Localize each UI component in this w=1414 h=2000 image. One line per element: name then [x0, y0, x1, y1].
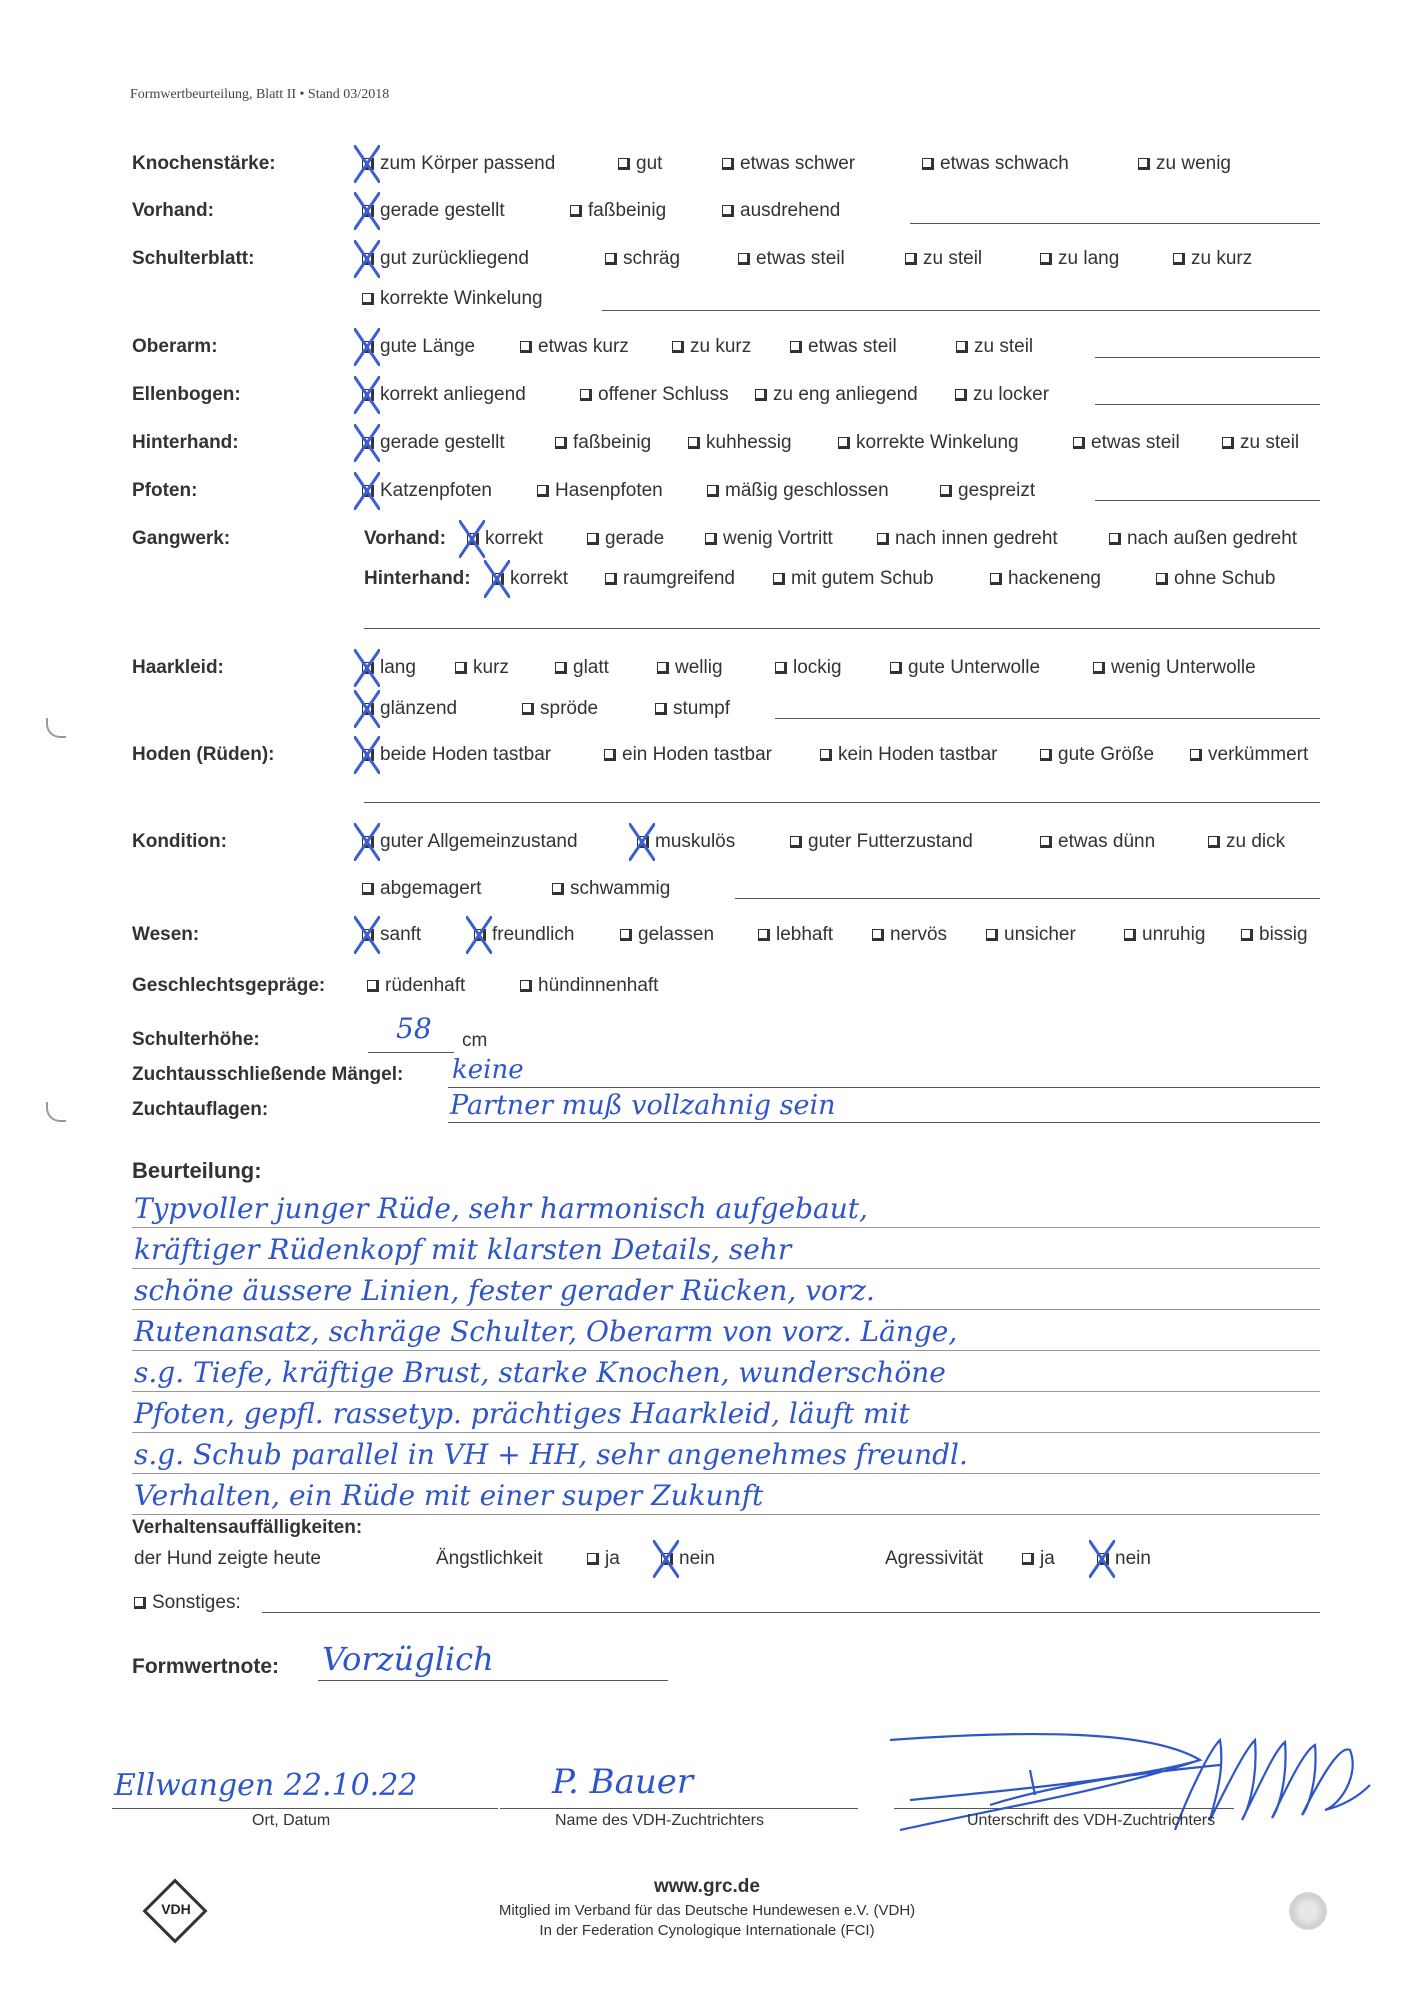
beurteilung-ruled-line — [132, 1473, 1320, 1474]
checkbox-icon — [570, 205, 582, 217]
checkbox-checked-icon — [362, 253, 374, 265]
checkbox-icon — [758, 929, 770, 941]
vorhand-option-1[interactable]: faßbeinig — [570, 200, 666, 222]
checkbox-checked-icon — [1097, 1553, 1109, 1565]
knochen-option-1[interactable]: gut — [618, 153, 662, 175]
option-label: unsicher — [1004, 924, 1076, 946]
aggr-label: Agressivität — [885, 1548, 983, 1570]
name-label: Name des VDH-Zuchtrichters — [555, 1812, 764, 1830]
formwertnote-line — [318, 1680, 668, 1681]
option-label: ausdrehend — [740, 200, 840, 222]
hinterhand-label: Hinterhand: — [132, 432, 239, 454]
angst-label: Ängstlichkeit — [436, 1548, 543, 1570]
checkbox-checked-icon — [492, 573, 504, 585]
ort-datum-line — [112, 1808, 498, 1809]
punch-hole-mark — [46, 1102, 66, 1122]
checkbox-icon — [990, 573, 1002, 585]
hoden-option-2[interactable]: kein Hoden tastbar — [820, 744, 998, 766]
option-label: hündinnenhaft — [538, 975, 658, 997]
checkbox-checked-icon — [362, 836, 374, 848]
option-label: wenig Vortritt — [723, 528, 833, 550]
pfoten-option-3[interactable]: gespreizt — [940, 480, 1035, 502]
checkbox-checked-icon — [474, 929, 486, 941]
maengel-value[interactable]: keine — [452, 1055, 524, 1085]
checkbox-icon — [905, 253, 917, 265]
checkbox-icon — [1208, 836, 1220, 848]
kondition-option-3[interactable]: etwas dünn — [1040, 831, 1155, 853]
schulterblatt-option-4[interactable]: zu lang — [1040, 248, 1119, 270]
checkbox-icon — [1040, 253, 1052, 265]
checkbox-icon — [705, 533, 717, 545]
beurteilung-line: s.g. Schub parallel in VH + HH, sehr ang… — [134, 1438, 968, 1471]
option-label: kurz — [473, 657, 509, 679]
gangwerk-hinterhand-option-3[interactable]: hackeneng — [990, 568, 1101, 590]
checkbox-icon — [940, 485, 952, 497]
kondition-option-0[interactable]: guter Allgemeinzustand — [362, 831, 578, 853]
checkbox-checked-icon — [362, 341, 374, 353]
pfoten-label: Pfoten: — [132, 480, 197, 502]
ellenbogen-option-2[interactable]: zu eng anliegend — [755, 384, 918, 406]
option-label: zu wenig — [1156, 153, 1231, 175]
beurteilung-ruled-line — [132, 1227, 1320, 1228]
option-label: korrekte Winkelung — [856, 432, 1019, 454]
checkbox-icon — [790, 341, 802, 353]
gangwerk-hinterhand-option-0[interactable]: korrekt — [492, 568, 568, 590]
checkbox-checked-icon — [362, 929, 374, 941]
gangwerk-vorhand-option-0[interactable]: korrekt — [467, 528, 543, 550]
geschlecht-option-1[interactable]: hündinnenhaft — [520, 975, 658, 997]
option-label: glatt — [573, 657, 609, 679]
ellenbogen-option-3[interactable]: zu locker — [955, 384, 1049, 406]
checkbox-icon — [605, 573, 617, 585]
blank-line — [1095, 500, 1320, 501]
ellenbogen-option-0[interactable]: korrekt anliegend — [362, 384, 526, 406]
haarkleid-option-6[interactable]: wenig Unterwolle — [1093, 657, 1256, 679]
option-label: offener Schluss — [598, 384, 729, 406]
hoden-option-1[interactable]: ein Hoden tastbar — [604, 744, 772, 766]
checkbox-icon — [1138, 158, 1150, 170]
pfoten-option-2[interactable]: mäßig geschlossen — [707, 480, 889, 502]
auflagen-label: Zuchtauflagen: — [132, 1099, 268, 1121]
checkbox-icon — [773, 573, 785, 585]
footer-line-1: Mitglied im Verband für das Deutsche Hun… — [0, 1902, 1414, 1919]
gangwerk-hinterhand-label: Hinterhand: — [364, 568, 471, 590]
option-label: guter Allgemeinzustand — [380, 831, 578, 853]
formwertnote-label: Formwertnote: — [132, 1655, 279, 1679]
option-label: zu eng anliegend — [773, 384, 918, 406]
signature-scribble[interactable] — [870, 1720, 1390, 1850]
checkbox-icon — [555, 662, 567, 674]
hinterhand-option-5[interactable]: zu steil — [1222, 432, 1299, 454]
option-label: kein Hoden tastbar — [838, 744, 998, 766]
hinterhand-option-1[interactable]: faßbeinig — [555, 432, 651, 454]
option-label: etwas steil — [1091, 432, 1180, 454]
beurteilung-ruled-line — [132, 1391, 1320, 1392]
checkbox-icon — [580, 389, 592, 401]
option-label: korrekt — [485, 528, 543, 550]
haarkleid-option-3[interactable]: wellig — [657, 657, 723, 679]
oberarm-option-4[interactable]: zu steil — [956, 336, 1033, 358]
blank-line — [1095, 404, 1320, 405]
haarkleid-option-1[interactable]: kurz — [455, 657, 509, 679]
vorhand-option-0[interactable]: gerade gestellt — [362, 200, 505, 222]
option-label: etwas kurz — [538, 336, 629, 358]
kondition-label: Kondition: — [132, 831, 227, 853]
checkbox-icon — [1022, 1553, 1034, 1565]
checkbox-icon — [672, 341, 684, 353]
option-label: mäßig geschlossen — [725, 480, 889, 502]
knochen-option-4[interactable]: zu wenig — [1138, 153, 1231, 175]
option-label: zu locker — [973, 384, 1049, 406]
wesen-option-4[interactable]: nervös — [872, 924, 947, 946]
beurteilung-line: s.g. Tiefe, kräftige Brust, starke Knoch… — [134, 1356, 946, 1389]
ellenbogen-label: Ellenbogen: — [132, 384, 241, 406]
pfoten-option-1[interactable]: Hasenpfoten — [537, 480, 663, 502]
checkbox-icon — [520, 341, 532, 353]
haarkleid-option-4[interactable]: lockig — [775, 657, 842, 679]
haarkleid-label: Haarkleid: — [132, 657, 224, 679]
checkbox-checked-icon — [362, 205, 374, 217]
option-label: faßbeinig — [573, 432, 651, 454]
option-label: nach außen gedreht — [1127, 528, 1297, 550]
oberarm-option-0[interactable]: gute Länge — [362, 336, 475, 358]
option-label: rüdenhaft — [385, 975, 465, 997]
checkbox-icon — [688, 437, 700, 449]
checkbox-icon — [618, 158, 630, 170]
option-label: nach innen gedreht — [895, 528, 1058, 550]
kondition2-option-1[interactable]: schwammig — [552, 878, 670, 900]
checkbox-icon — [134, 1597, 146, 1609]
option-label: ohne Schub — [1174, 568, 1275, 590]
option-label: hackeneng — [1008, 568, 1101, 590]
checkbox-icon — [367, 980, 379, 992]
haarkleid-option-2[interactable]: glatt — [555, 657, 609, 679]
gangwerk-label: Gangwerk: — [132, 528, 230, 550]
checkbox-icon — [1190, 749, 1202, 761]
schulterblatt-option-1[interactable]: schräg — [605, 248, 680, 270]
beurteilung-ruled-line — [132, 1514, 1320, 1515]
checkbox-icon — [1156, 573, 1168, 585]
angst-nein-checkbox[interactable]: nein — [661, 1548, 715, 1570]
pfoten-option-0[interactable]: Katzenpfoten — [362, 480, 492, 502]
formwertnote-value[interactable]: Vorzüglich — [322, 1640, 494, 1678]
schulterhoehe-label: Schulterhöhe: — [132, 1029, 260, 1051]
kondition-option-4[interactable]: zu dick — [1208, 831, 1285, 853]
blank-line — [364, 802, 1320, 803]
oberarm-option-3[interactable]: etwas steil — [790, 336, 897, 358]
checkbox-icon — [605, 253, 617, 265]
checkbox-checked-icon — [362, 485, 374, 497]
auflagen-line — [448, 1122, 1320, 1123]
beurteilung-line: Pfoten, gepfl. rassetyp. prächtiges Haar… — [134, 1397, 910, 1430]
checkbox-icon — [775, 662, 787, 674]
vorhand-option-2[interactable]: ausdrehend — [722, 200, 840, 222]
option-label: gut zurückliegend — [380, 248, 529, 270]
hoden-option-3[interactable]: gute Größe — [1040, 744, 1154, 766]
checkbox-checked-icon — [362, 389, 374, 401]
gangwerk-vorhand-option-4[interactable]: nach außen gedreht — [1109, 528, 1297, 550]
option-label: ein Hoden tastbar — [622, 744, 772, 766]
option-label: unruhig — [1142, 924, 1205, 946]
hinterhand-option-2[interactable]: kuhhessig — [688, 432, 792, 454]
checkbox-icon — [755, 389, 767, 401]
option-label: mit gutem Schub — [791, 568, 934, 590]
signature-label: Unterschrift des VDH-Zuchtrichters — [967, 1812, 1215, 1830]
name-line — [500, 1808, 858, 1809]
oberarm-option-1[interactable]: etwas kurz — [520, 336, 629, 358]
hoden-option-0[interactable]: beide Hoden tastbar — [362, 744, 551, 766]
option-label: Katzenpfoten — [380, 480, 492, 502]
wesen-label: Wesen: — [132, 924, 199, 946]
option-label: abgemagert — [380, 878, 481, 900]
beurteilung-line: kräftiger Rüdenkopf mit klarsten Details… — [134, 1233, 791, 1266]
checkbox-checked-icon — [362, 158, 374, 170]
checkbox-icon — [707, 485, 719, 497]
wesen-option-1[interactable]: freundlich — [474, 924, 574, 946]
checkbox-icon — [722, 158, 734, 170]
knochen-label: Knochenstärke: — [132, 153, 276, 175]
checkbox-icon — [722, 205, 734, 217]
option-label: muskulös — [655, 831, 735, 853]
checkbox-checked-icon — [362, 437, 374, 449]
option-label: lebhaft — [776, 924, 833, 946]
schulterhoehe-value[interactable]: 58 — [396, 1012, 432, 1045]
form-header: Formwertbeurteilung, Blatt II • Stand 03… — [130, 87, 389, 103]
checkbox-icon — [362, 293, 374, 305]
vorhand-label: Vorhand: — [132, 200, 214, 222]
oberarm-option-2[interactable]: zu kurz — [672, 336, 751, 358]
checkbox-icon — [455, 662, 467, 674]
aggr-ja-checkbox[interactable]: ja — [1022, 1548, 1055, 1570]
kondition-option-1[interactable]: muskulös — [637, 831, 735, 853]
checkbox-icon — [587, 1553, 599, 1565]
angst-ja-checkbox[interactable]: ja — [587, 1548, 620, 1570]
option-label: etwas schwer — [740, 153, 855, 175]
checkbox-icon — [362, 883, 374, 895]
option-label: zu lang — [1058, 248, 1119, 270]
checkbox-icon — [820, 749, 832, 761]
schulterblatt-option-3[interactable]: zu steil — [905, 248, 982, 270]
seal-stamp-icon — [1289, 1892, 1327, 1930]
wesen-option-0[interactable]: sanft — [362, 924, 421, 946]
option-label: glänzend — [380, 698, 457, 720]
haarkleid2-option-2[interactable]: stumpf — [655, 698, 730, 720]
checkbox-icon — [1173, 253, 1185, 265]
option-label: zu steil — [974, 336, 1033, 358]
footer-line-2: In der Federation Cynologique Internatio… — [0, 1922, 1414, 1939]
option-label: schräg — [623, 248, 680, 270]
checkbox-icon — [838, 437, 850, 449]
blank-line — [910, 223, 1320, 224]
ort-datum-label: Ort, Datum — [252, 1812, 330, 1830]
wesen-option-5[interactable]: unsicher — [986, 924, 1076, 946]
wesen-option-6[interactable]: unruhig — [1124, 924, 1205, 946]
checkbox-icon — [890, 662, 902, 674]
knochen-option-0[interactable]: zum Körper passend — [362, 153, 555, 175]
name-value[interactable]: P. Bauer — [552, 1762, 693, 1802]
checkbox-icon — [872, 929, 884, 941]
option-label: nervös — [890, 924, 947, 946]
checkbox-icon — [738, 253, 750, 265]
haarkleid2-option-0[interactable]: glänzend — [362, 698, 457, 720]
option-label: korrekt anliegend — [380, 384, 526, 406]
checkbox-icon — [922, 158, 934, 170]
kondition-option-2[interactable]: guter Futterzustand — [790, 831, 973, 853]
option-label: Hasenpfoten — [555, 480, 663, 502]
checkbox-icon — [520, 980, 532, 992]
ellenbogen-option-1[interactable]: offener Schluss — [580, 384, 729, 406]
checkbox-icon — [1124, 929, 1136, 941]
option-label: zu dick — [1226, 831, 1285, 853]
option-label: sanft — [380, 924, 421, 946]
option-label: etwas steil — [808, 336, 897, 358]
gangwerk-vorhand-option-1[interactable]: gerade — [587, 528, 664, 550]
option-label: gerade gestellt — [380, 200, 505, 222]
option-label: zu kurz — [1191, 248, 1252, 270]
option-label: bissig — [1259, 924, 1308, 946]
checkbox-icon — [587, 533, 599, 545]
blank-line — [1095, 357, 1320, 358]
checkbox-icon — [986, 929, 998, 941]
gangwerk-vorhand-option-2[interactable]: wenig Vortritt — [705, 528, 833, 550]
option-label: etwas steil — [756, 248, 845, 270]
option-label: lang — [380, 657, 416, 679]
option-label: kuhhessig — [706, 432, 792, 454]
schulterblatt-option-2[interactable]: etwas steil — [738, 248, 845, 270]
checkbox-checked-icon — [362, 703, 374, 715]
checkbox-checked-icon — [362, 662, 374, 674]
option-label: gerade gestellt — [380, 432, 505, 454]
option-label: gute Unterwolle — [908, 657, 1040, 679]
checkbox-icon — [657, 662, 669, 674]
kondition2-option-0[interactable]: abgemagert — [362, 878, 481, 900]
option-label: faßbeinig — [588, 200, 666, 222]
beurteilung-line: Rutenansatz, schräge Schulter, Oberarm v… — [134, 1315, 957, 1348]
beurteilung-line: Typvoller junger Rüde, sehr harmonisch a… — [134, 1192, 868, 1225]
oberarm-label: Oberarm: — [132, 336, 218, 358]
hinterhand-option-4[interactable]: etwas steil — [1073, 432, 1180, 454]
blank-line — [602, 310, 1320, 311]
beurteilung-ruled-line — [132, 1268, 1320, 1269]
haarkleid2-option-1[interactable]: spröde — [522, 698, 598, 720]
geschlecht-label: Geschlechtsgepräge: — [132, 975, 325, 997]
schulterblatt-label: Schulterblatt: — [132, 248, 254, 270]
footer-url[interactable]: www.grc.de — [0, 1876, 1414, 1898]
verhalten-label: Verhaltensauffälligkeiten: — [132, 1517, 362, 1539]
option-label: gute Größe — [1058, 744, 1154, 766]
option-label: zu steil — [1240, 432, 1299, 454]
checkbox-icon — [1109, 533, 1121, 545]
checkbox-icon — [955, 389, 967, 401]
checkbox-icon — [1093, 662, 1105, 674]
sonstiges-checkbox[interactable]: Sonstiges: — [134, 1592, 241, 1614]
maengel-label: Zuchtausschließende Mängel: — [132, 1064, 403, 1086]
hinterhand-option-0[interactable]: gerade gestellt — [362, 432, 505, 454]
ort-datum-value[interactable]: Ellwangen 22.10.22 — [114, 1768, 417, 1803]
checkbox-icon — [537, 485, 549, 497]
beurteilung-ruled-line — [132, 1432, 1320, 1433]
schulterblatt-option-0[interactable]: gut zurückliegend — [362, 248, 529, 270]
blank-line — [735, 898, 1320, 899]
checkbox-icon — [655, 703, 667, 715]
checkbox-icon — [604, 749, 616, 761]
blank-line — [364, 628, 1320, 629]
option-label: gelassen — [638, 924, 714, 946]
wesen-option-3[interactable]: lebhaft — [758, 924, 833, 946]
maengel-line — [448, 1087, 1320, 1088]
schulterhoehe-line — [368, 1052, 454, 1053]
checkbox-checked-icon — [467, 533, 479, 545]
schulterblatt-option-5[interactable]: zu kurz — [1173, 248, 1252, 270]
beurteilung-line: schöne äussere Linien, fester gerader Rü… — [134, 1274, 875, 1307]
option-label: korrekte Winkelung — [380, 288, 543, 310]
checkbox-icon — [1222, 437, 1234, 449]
beurteilung-line: Verhalten, ein Rüde mit einer super Zuku… — [134, 1479, 763, 1512]
schulterhoehe-unit: cm — [462, 1030, 487, 1052]
option-label: wellig — [675, 657, 723, 679]
checkbox-icon — [522, 703, 534, 715]
gangwerk-hinterhand-option-4[interactable]: ohne Schub — [1156, 568, 1275, 590]
blank-line — [775, 718, 1320, 719]
option-label: gut — [636, 153, 662, 175]
aggr-nein-checkbox[interactable]: nein — [1097, 1548, 1151, 1570]
checkbox-icon — [790, 836, 802, 848]
punch-hole-mark — [46, 718, 66, 738]
option-label: zu kurz — [690, 336, 751, 358]
checkbox-icon — [555, 437, 567, 449]
option-label: etwas schwach — [940, 153, 1069, 175]
hinterhand-option-3[interactable]: korrekte Winkelung — [838, 432, 1019, 454]
checkbox-icon — [877, 533, 889, 545]
checkbox-icon — [552, 883, 564, 895]
beurteilung-ruled-line — [132, 1309, 1320, 1310]
option-label: stumpf — [673, 698, 730, 720]
haarkleid-option-5[interactable]: gute Unterwolle — [890, 657, 1040, 679]
haarkleid-option-0[interactable]: lang — [362, 657, 416, 679]
option-label: spröde — [540, 698, 598, 720]
sonstiges-line — [262, 1612, 1320, 1613]
gangwerk-hinterhand-option-1[interactable]: raumgreifend — [605, 568, 735, 590]
checkbox-icon — [1040, 749, 1052, 761]
wesen-option-2[interactable]: gelassen — [620, 924, 714, 946]
option-label: gespreizt — [958, 480, 1035, 502]
gangwerk-hinterhand-option-2[interactable]: mit gutem Schub — [773, 568, 934, 590]
option-label: raumgreifend — [623, 568, 735, 590]
beurteilung-ruled-line — [132, 1350, 1320, 1351]
checkbox-icon — [620, 929, 632, 941]
checkbox-icon — [1040, 836, 1052, 848]
auflagen-value[interactable]: Partner muß vollzahnig sein — [450, 1090, 836, 1121]
option-label: verkümmert — [1208, 744, 1308, 766]
knochen-option-3[interactable]: etwas schwach — [922, 153, 1069, 175]
hoden-label: Hoden (Rüden): — [132, 744, 274, 766]
geschlecht-option-0[interactable]: rüdenhaft — [367, 975, 465, 997]
checkbox-icon — [1073, 437, 1085, 449]
checkbox-checked-icon — [362, 749, 374, 761]
gangwerk-vorhand-option-3[interactable]: nach innen gedreht — [877, 528, 1058, 550]
checkbox-icon — [1241, 929, 1253, 941]
knochen-option-2[interactable]: etwas schwer — [722, 153, 855, 175]
option-label: gerade — [605, 528, 664, 550]
option-label: gute Länge — [380, 336, 475, 358]
wesen-option-7[interactable]: bissig — [1241, 924, 1308, 946]
beurteilung-label: Beurteilung: — [132, 1158, 262, 1184]
gangwerk-vorhand-label: Vorhand: — [364, 528, 446, 550]
schulterblatt2-option-0[interactable]: korrekte Winkelung — [362, 288, 543, 310]
hoden-option-4[interactable]: verkümmert — [1190, 744, 1308, 766]
option-label: etwas dünn — [1058, 831, 1155, 853]
option-label: korrekt — [510, 568, 568, 590]
